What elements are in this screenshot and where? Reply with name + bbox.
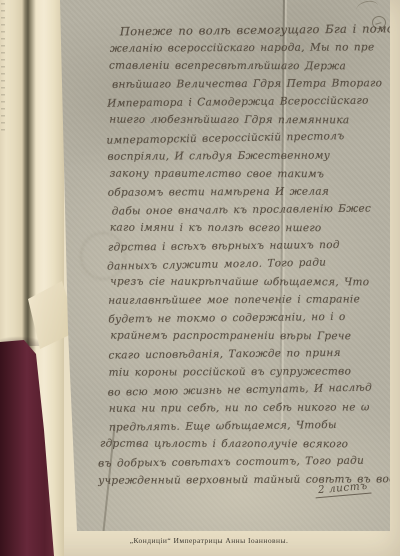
manuscript-line: скаго исповѣданія, Такожде по приня: [108, 343, 384, 364]
plate-caption: „Кондиціи“ Императрицы Анны Іоанновны.: [0, 536, 400, 545]
book-photo-page: Понеже по волѣ всемогущаго Бга і помощію…: [0, 0, 400, 556]
manuscript-line: предѣлять. Еще ωбѣщаемся, Чтобы: [109, 415, 385, 436]
manuscript-line: желанію всероссійскаго народа, Мы по пре: [107, 38, 383, 57]
manuscript-line: гдрства цѣлость і благополучіе всякого: [100, 435, 387, 454]
manuscript-line: наиглавнѣйшее мое попеченіе і стараніе: [108, 290, 384, 309]
manuscript-line: крайнемъ распространеніи вѣры Грече: [110, 327, 386, 346]
manuscript-line: ставленіи всепресвѣтлѣйшаго Держа: [109, 57, 385, 76]
manuscript-text: Понеже по волѣ всемогущаго Бга і помощію…: [107, 20, 385, 489]
manuscript-line: воспріяли, И слѣдуя Бжественному: [107, 146, 383, 165]
manuscript-line: внѣйшаго Величества Гдря Петра Втораго: [107, 74, 383, 93]
manuscript-line: чрезъ сіе наикрѣпчайше ωбѣщаемся, Что: [110, 273, 386, 292]
manuscript-line: закону правителство свое такимъ: [110, 165, 386, 184]
manuscript-line: въ добрыхъ совѣтахъ состоитъ, Того ради: [98, 451, 385, 472]
manuscript-line: Понеже по волѣ всемогущаго Бга і помощію: [107, 19, 383, 40]
manuscript-line: ника ни при себѣ, ни по себѣ никого не ω: [109, 398, 385, 417]
manuscript-photo-plate: Понеже по волѣ всемогущаго Бга і помощію…: [60, 0, 390, 531]
manuscript-line: каго імяни і къ ползѣ всего ншего: [110, 219, 386, 238]
manuscript-line: образомъ вести намѣрена И желая: [108, 182, 384, 201]
facing-page-text-marks: [1, 3, 5, 131]
manuscript-line: Императора і Самодержца Всероссійскаго: [107, 91, 383, 112]
manuscript-line: будетъ не токмо о содержаніи, но і о: [108, 307, 384, 328]
manuscript-line: дабы оное вначалѣ къ прославленію Бжес: [108, 199, 384, 220]
